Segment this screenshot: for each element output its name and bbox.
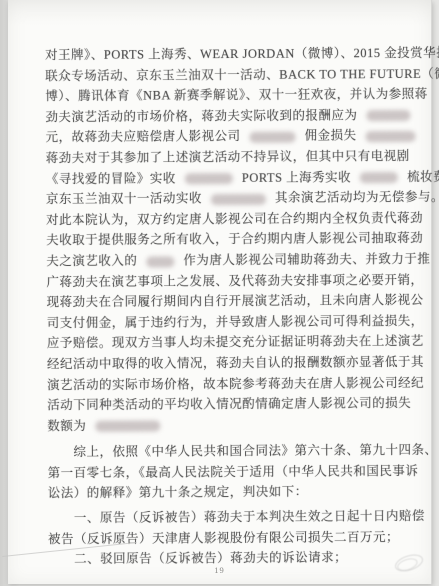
text-segment: 现蒋劲夫在合同履行期间内自行开展演艺活动，且未向唐人影视公 bbox=[47, 293, 424, 309]
text-line: 数额为 bbox=[47, 414, 417, 437]
text-line: 对王牌》、PORTS 上海秀、WEAR JORDAN（微博）、2015 金投赏华… bbox=[45, 43, 415, 66]
text-segment: 梳妆费、 bbox=[407, 169, 439, 183]
text-segment: 第一百零七条，《最高人民法院关于适用（中华人民共和国民事诉 bbox=[48, 464, 419, 480]
text-segment: 数额为 bbox=[47, 419, 86, 433]
scan-edge-shadow bbox=[8, 0, 431, 26]
text-segment: 讼法）的解释》第九十条之规定，判决如下： bbox=[48, 485, 308, 501]
text-line: 夫之演艺收入的作为唐人影视公司辅助蒋劲夫、并致力于推 bbox=[46, 249, 416, 272]
text-segment: 二、驳回原告（反诉被告）蒋劲夫的诉讼请求； bbox=[48, 551, 347, 567]
text-segment: 佣金损失 bbox=[305, 129, 357, 143]
text-segment: 博）、腾讯体育《NBA 新赛季解说》、双十一狂欢夜，并认为参照蒋 bbox=[45, 87, 427, 103]
text-line: 劲夫演艺活动的市场价格，蒋劲夫实际收到的报酬应为 bbox=[45, 105, 415, 128]
text-line: 第一百零七条，《最高人民法院关于适用（中华人民共和国民事诉 bbox=[48, 461, 418, 484]
page-number: 19 bbox=[8, 565, 431, 575]
text-segment: 应予赔偿。现双方当事人均未提交充分证据证明蒋劲夫在上述演艺 bbox=[47, 334, 424, 350]
text-segment: 蒋劲夫对于其参加了上述演艺活动不持异议，但其中只有电视剧 bbox=[46, 149, 410, 165]
text-segment: 夫之演艺收入的 bbox=[46, 254, 137, 269]
text-segment: 广蒋劲夫在演艺事项上之发展、及代蒋劲夫安排事项之必要开销， bbox=[46, 272, 423, 288]
redacted-text bbox=[211, 194, 266, 205]
text-line: 现蒋劲夫在合同履行期间内自行开展演艺活动，且未向唐人影视公 bbox=[47, 290, 417, 313]
text-line: 综上，依照《中华人民共和国合同法》第六十条、第九十四条、 bbox=[47, 440, 417, 463]
redacted-text bbox=[360, 172, 398, 183]
text-line: 应予赔偿。现双方当事人均未提交充分证据证明蒋劲夫在上述演艺 bbox=[47, 331, 417, 354]
text-line: 讼法）的解释》第九十条之规定，判决如下： bbox=[48, 481, 418, 504]
text-segment: 联众专场活动、京东玉兰油双十一活动、BACK TO THE FUTURE（微 bbox=[45, 66, 439, 82]
redacted-text bbox=[185, 173, 233, 184]
redacted-text bbox=[366, 131, 416, 142]
text-segment: 经纪活动中取得的收入情况，蒋劲夫自认的报酬数额亦显著低于其 bbox=[47, 355, 424, 371]
text-line: 经纪活动中取得的收入情况，蒋劲夫自认的报酬数额亦显著低于其 bbox=[47, 352, 417, 375]
text-line: 蒋劲夫对于其参加了上述演艺活动不持异议，但其中只有电视剧 bbox=[46, 146, 416, 169]
text-segment: 京东玉兰油双十一活动实收 bbox=[46, 191, 202, 206]
text-line: 对此本院认为，双方约定唐人影视公司在合约期内全权负责代蒋劲 bbox=[46, 208, 416, 231]
text-segment: 被告（反诉原告）天津唐人影视股份有限公司损失二百万元； bbox=[48, 530, 399, 546]
text-segment: PORTS 上海秀实收 bbox=[242, 170, 351, 185]
text-line: 活动下同种类活动的平均收入情况酌情确定唐人影视公司的损失 bbox=[47, 393, 417, 416]
text-segment: 综上，依照《中华人民共和国合同法》第六十条、第九十四条、 bbox=[47, 443, 437, 459]
text-segment: 司支付佣金，属于违约行为，并导致唐人影视公司可得利益损失， bbox=[47, 314, 424, 330]
text-segment: 《寻找爱的冒险》实收 bbox=[46, 171, 176, 186]
text-line: 一、原告（反诉被告）蒋劲夫于本判决生效之日起十日内赔偿 bbox=[48, 506, 418, 529]
document-page: 对王牌》、PORTS 上海秀、WEAR JORDAN（微博）、2015 金投赏华… bbox=[8, 0, 432, 584]
text-line: 元，故蒋劲夫应赔偿唐人影视公司佣金损失 bbox=[46, 125, 416, 148]
redacted-text bbox=[366, 110, 410, 121]
redacted-text bbox=[250, 132, 296, 143]
text-line: 司支付佣金，属于违约行为，并导致唐人影视公司可得利益损失， bbox=[47, 311, 417, 334]
text-segment: 劲夫演艺活动的市场价格，蒋劲夫实际收到的报酬应为 bbox=[45, 108, 357, 124]
text-segment: 活动下同种类活动的平均收入情况酌情确定唐人影视公司的损失 bbox=[47, 396, 411, 412]
text-line: 博）、腾讯体育《NBA 新赛季解说》、双十一狂欢夜，并认为参照蒋 bbox=[45, 84, 415, 107]
text-segment: 作为唐人影视公司辅助蒋劲夫、并致力于推 bbox=[183, 252, 430, 268]
redacted-text bbox=[95, 421, 160, 432]
text-line: 广蒋劲夫在演艺事项上之发展、及代蒋劲夫安排事项之必要开销， bbox=[46, 269, 416, 292]
text-line: 京东玉兰油双十一活动实收其余演艺活动均为无偿参与。 bbox=[46, 187, 416, 210]
text-segment: 元，故蒋劲夫应赔偿唐人影视公司 bbox=[46, 129, 241, 144]
scan-background: 对王牌》、PORTS 上海秀、WEAR JORDAN（微博）、2015 金投赏华… bbox=[0, 0, 439, 586]
document-text: 对王牌》、PORTS 上海秀、WEAR JORDAN（微博）、2015 金投赏华… bbox=[45, 43, 418, 570]
text-line: 演艺活动的实际市场价格，故本院参考蒋劲夫在唐人影视公司经纪 bbox=[47, 372, 417, 395]
text-line: 《寻找爱的冒险》实收PORTS 上海秀实收梳妆费、 bbox=[46, 166, 416, 189]
text-segment: 一、原告（反诉被告）蒋劲夫于本判决生效之日起十日内赔偿 bbox=[48, 509, 425, 525]
text-segment: 演艺活动的实际市场价格，故本院参考蒋劲夫在唐人影视公司经纪 bbox=[47, 375, 424, 391]
redacted-text bbox=[146, 256, 174, 267]
text-segment: 其余演艺活动均为无偿参与。 bbox=[275, 190, 439, 205]
text-line: 夫收取于提供服务之所有收入，于合约期内唐人影视公司抽取蒋劲 bbox=[46, 228, 416, 251]
text-segment: 夫收取于提供服务之所有收入，于合约期内唐人影视公司抽取蒋劲 bbox=[46, 231, 423, 247]
text-segment: 对王牌》、PORTS 上海秀、WEAR JORDAN（微博）、2015 金投赏华… bbox=[45, 46, 439, 62]
text-line: 联众专场活动、京东玉兰油双十一活动、BACK TO THE FUTURE（微 bbox=[45, 63, 415, 86]
text-segment: 对此本院认为，双方约定唐人影视公司在合约期内全权负责代蒋劲 bbox=[46, 211, 423, 227]
